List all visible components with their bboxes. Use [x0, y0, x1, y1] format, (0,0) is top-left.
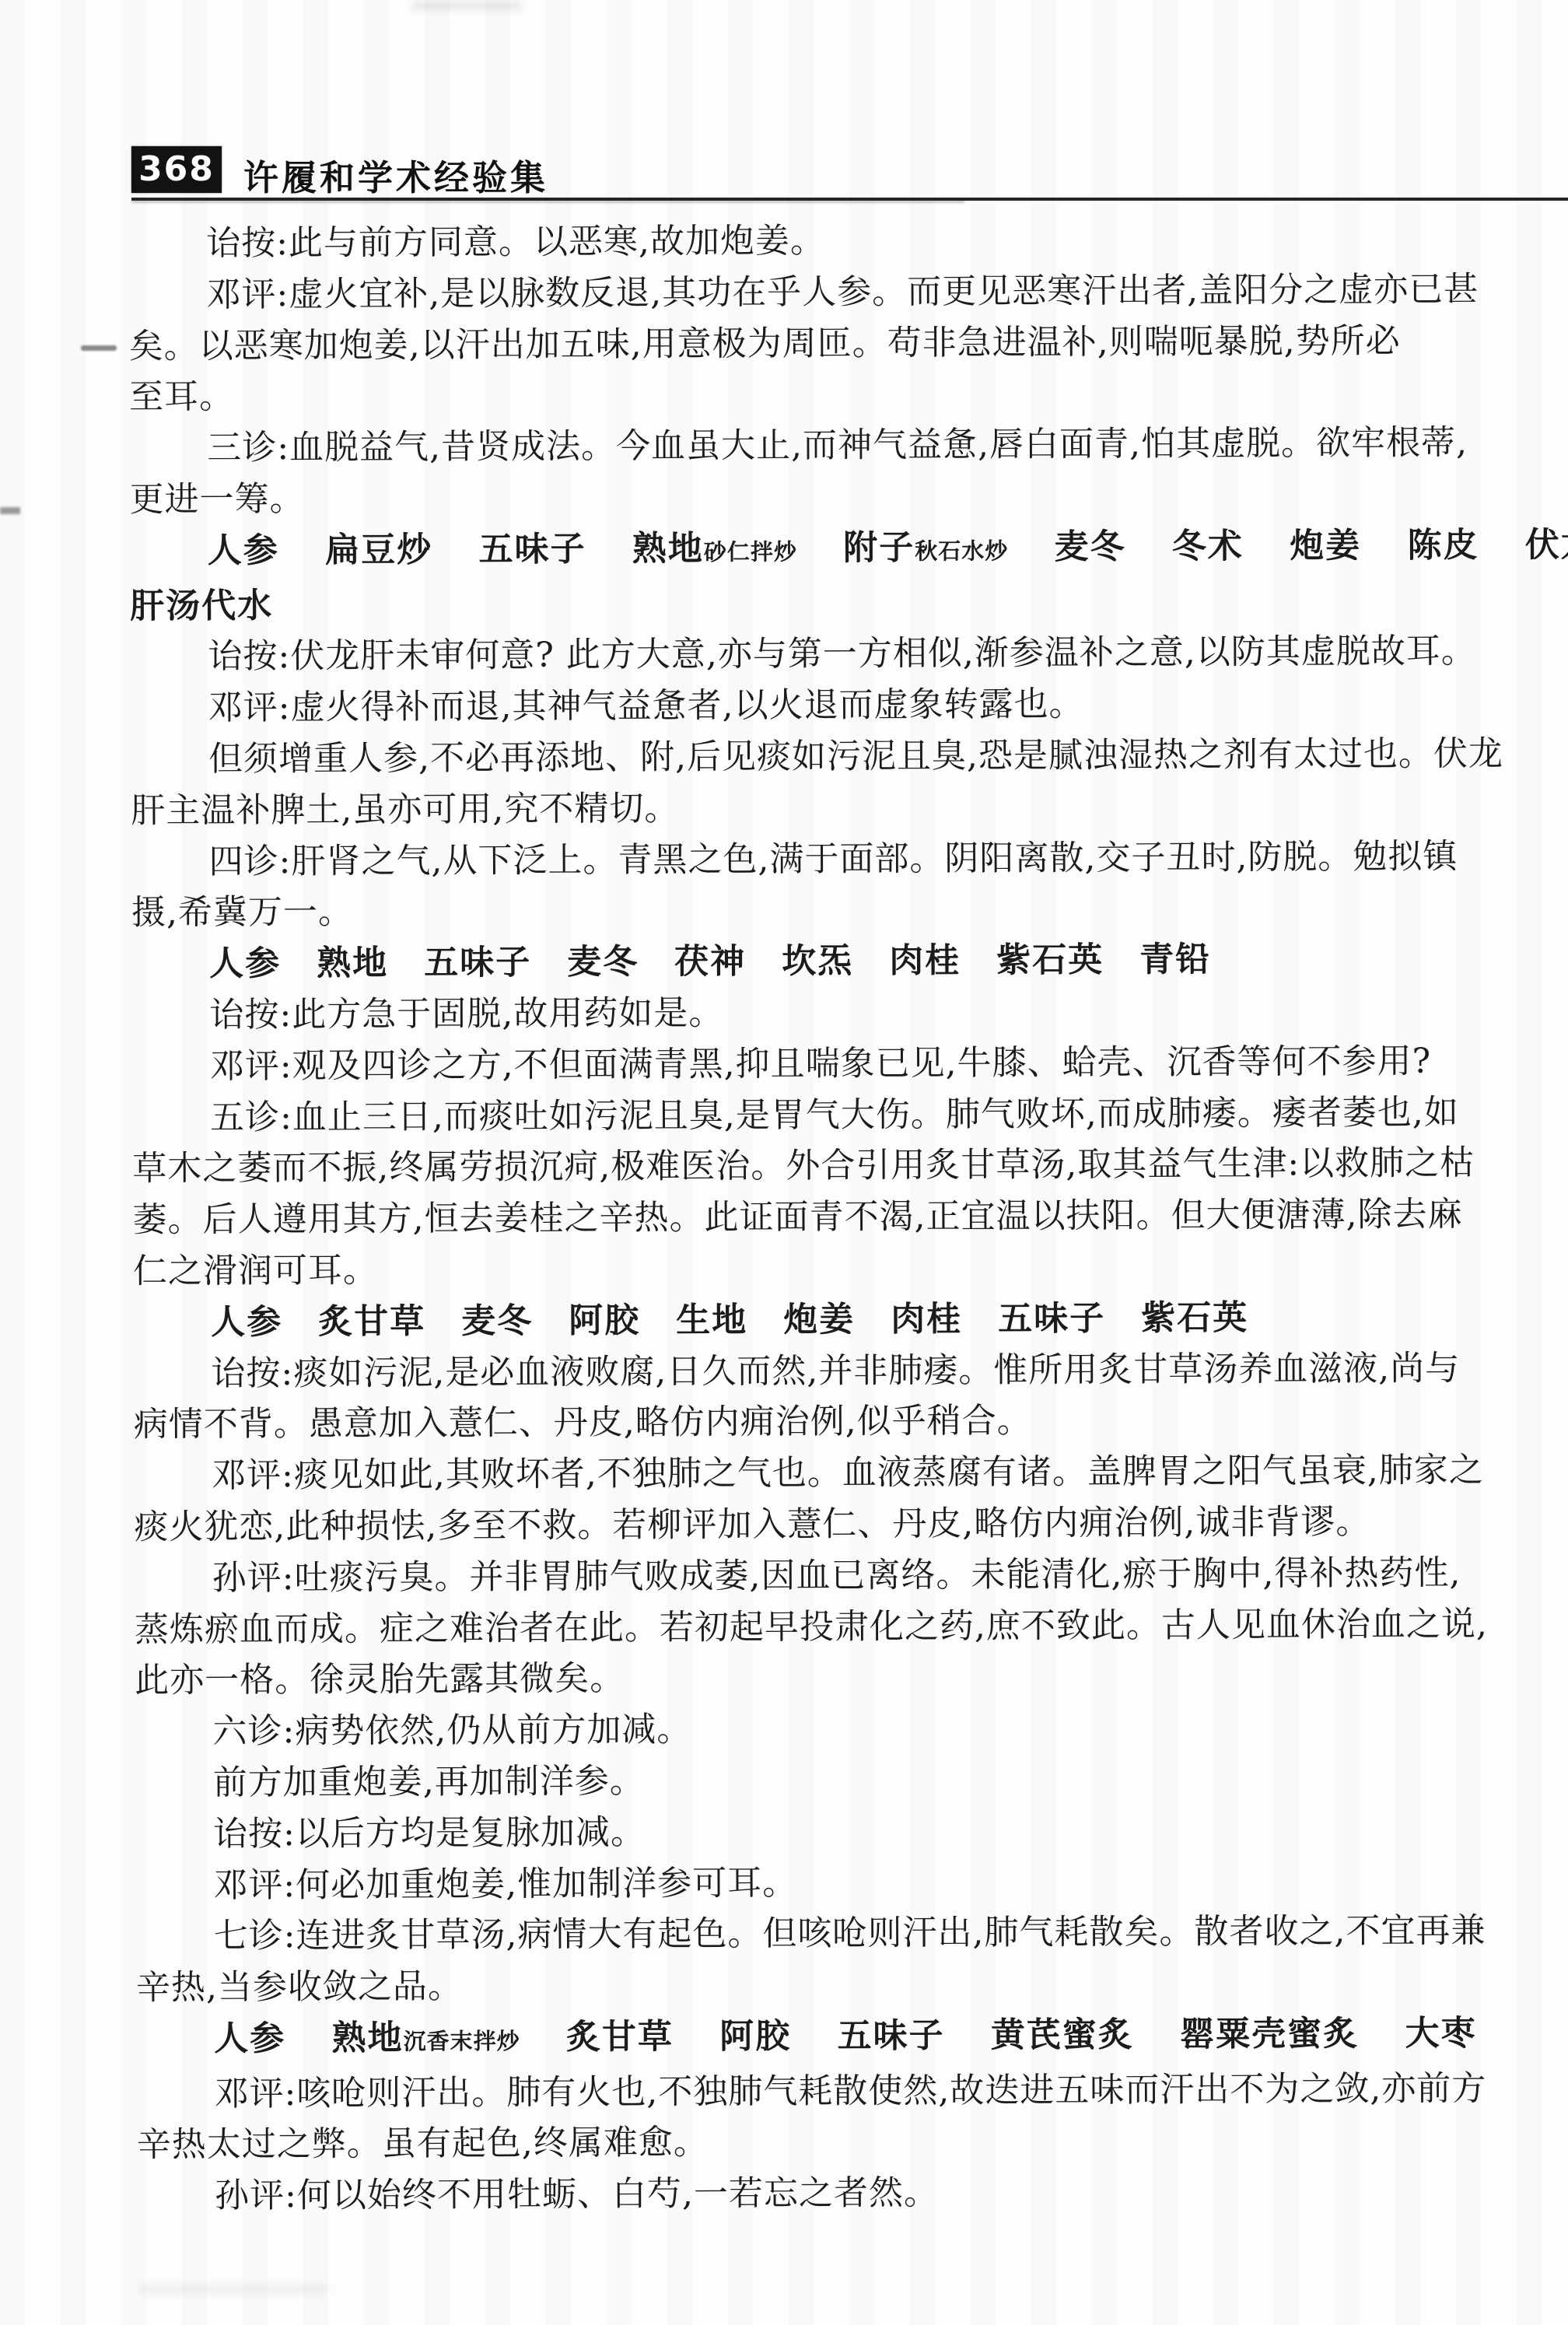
drug-preparation-note: 秋石水炒 — [915, 537, 1008, 565]
text-line: 辛热太过之弊。虽有起色,终属难愈。 — [137, 2114, 1545, 2172]
drug-name: 人参 — [214, 2019, 285, 2058]
text-line: 邓评:虚火得补而退,其神气益惫者,以火退而虚象转露也。 — [131, 677, 1538, 734]
drug-preparation-note: 砂仁拌炒 — [704, 538, 797, 565]
header-rule — [131, 198, 1568, 201]
drug-item: 麦冬 — [1054, 527, 1125, 566]
drug-name: 伏龙 — [1525, 525, 1568, 565]
drug-item: 五味子 — [478, 529, 586, 569]
page-body-text: 诒按:此与前方同意。以恶寒,故加炮姜。 邓评:虚火宜补,是以脉数反退,其功在乎人… — [128, 212, 1545, 2222]
drug-name: 冬术 — [1172, 527, 1244, 566]
text-line: 草木之萎而不振,终属劳损沉疴,极难医治。外合引用炙甘草汤,取其益气生津:以救肺之… — [132, 1137, 1540, 1195]
drug-item: 扁豆炒 — [325, 530, 432, 570]
book-title: 许履和学术经验集 — [243, 149, 548, 200]
drug-item: 黄芪蜜炙 — [991, 2015, 1134, 2055]
drug-name: 熟地 — [331, 2018, 403, 2057]
drug-name: 阿胶 — [719, 2016, 791, 2056]
prescription-line-continuation: 肝汤代水 — [130, 575, 1538, 632]
drug-name: 扁豆炒 — [325, 530, 432, 570]
text-line: 病情不背。愚意加入薏仁、丹皮,略仿内痈治例,似乎稍合。 — [134, 1393, 1542, 1451]
prescription-line: 人参 熟地沉香末拌炒 炙甘草 阿胶 五味子 黄芪蜜炙 罂粟壳蜜炙 大枣 — [136, 2008, 1544, 2069]
scan-smudge — [412, 0, 521, 11]
drug-item: 人参 — [208, 530, 279, 570]
text-line: 邓评:何必加重炮姜,惟加制洋参可耳。 — [135, 1854, 1543, 1912]
text-line: 邓评:咳呛则汗出。肺有火也,不独肺气耗散使然,故迭进五味而汗出不为之敛,亦前方 — [136, 2063, 1544, 2120]
text-line: 但须增重人参,不必再添地、附,后见痰如污泥且臭,恐是腻浊湿热之剂有太过也。伏龙 — [131, 728, 1538, 786]
text-line: 前方加重炮姜,再加制洋参。 — [135, 1752, 1543, 1809]
text-line: 邓评:痰见如此,其败坏者,不独肺之气也。血液蒸腐有诸。盖脾胃之阳气虽衰,肺家之 — [134, 1444, 1542, 1502]
drug-item: 五味子 — [837, 2015, 944, 2056]
drug-item: 附子秋石水炒 — [843, 527, 1008, 568]
drug-name: 五味子 — [837, 2015, 944, 2056]
text-line: 蒸炼瘀血而成。症之难治者在此。若初起早投肃化之药,庶不致此。古人见血休治血之说, — [135, 1598, 1542, 1656]
prescription-line: 人参 熟地 五味子 麦冬 茯神 坎炁 肉桂 紫石英 青铅 — [131, 933, 1539, 990]
text-line: 辛热,当参收敛之品。 — [136, 1956, 1544, 2014]
prescription-line: 人参 扁豆炒 五味子 熟地砂仁拌炒 附子秋石水炒 麦冬 冬术 炮姜 陈皮 伏龙 — [130, 520, 1538, 581]
prescription-line: 人参 炙甘草 麦冬 阿胶 生地 炮姜 肉桂 五味子 紫石英 — [133, 1291, 1541, 1349]
text-line: 仁之滑润可耳。 — [133, 1240, 1541, 1297]
text-line: 孙评:何以始终不用牡蛎、白芍,一若忘之者然。 — [137, 2165, 1545, 2222]
drug-name: 麦冬 — [1054, 527, 1125, 566]
drug-item: 熟地砂仁拌炒 — [632, 528, 797, 569]
text-line: 肝主温补脾土,虽亦可用,究不精切。 — [131, 779, 1538, 837]
text-line: 七诊:连进炙甘草汤,病情大有起色。但咳呛则汗出,肺气耗散矣。散者收之,不宜再兼 — [135, 1905, 1543, 1963]
page-header: 368 许履和学术经验集 — [131, 143, 1568, 198]
text-line: 此亦一格。徐灵胎先露其微矣。 — [135, 1649, 1542, 1707]
text-line: 四诊:肝肾之气,从下泛上。青黑之色,满于面部。阴阳离散,交子丑时,防脱。勉拟镇 — [131, 831, 1538, 888]
text-line: 萎。后人遵用其方,恒去姜桂之辛热。此证面青不渴,正宜温以扶阳。但大便溏薄,除去麻 — [132, 1189, 1540, 1246]
text-line: 矣。以恶寒加炮姜,以汗出加五味,用意极为周匝。苟非急进温补,则喘呃暴脱,势所必 — [129, 315, 1537, 373]
drug-name: 黄芪蜜炙 — [991, 2015, 1134, 2055]
text-line: 孙评:吐痰污臭。并非胃肺气败成萎,因血已离络。未能清化,瘀于胸中,得补热药性, — [134, 1547, 1542, 1605]
text-line: 诒按:痰如污泥,是必血液败腐,日久而然,并非肺痿。惟所用炙甘草汤养血滋液,尚与 — [133, 1343, 1541, 1400]
drug-item: 大枣 — [1405, 2013, 1476, 2053]
drug-name: 附子 — [843, 527, 915, 567]
drug-preparation-note: 沉香末拌炒 — [403, 2028, 520, 2055]
scan-speck — [0, 507, 20, 514]
drug-item: 人参 — [214, 2019, 285, 2058]
drug-item: 冬术 — [1172, 527, 1244, 566]
drug-name: 陈皮 — [1407, 525, 1479, 565]
text-line: 邓评:观及四诊之方,不但面满青黑,抑且喘象已见,牛膝、蛤壳、沉香等何不参用? — [132, 1035, 1540, 1093]
text-line: 五诊:血止三日,而痰吐如污泥且臭,是胃气大伤。肺气败坏,而成肺痿。痿者萎也,如 — [132, 1087, 1540, 1144]
drug-item: 炙甘草 — [566, 2017, 674, 2057]
text-line: 摄,希冀万一。 — [131, 881, 1539, 939]
drug-name: 大枣 — [1405, 2013, 1476, 2053]
text-line: 痰火犹恋,此种损怯,多至不救。若柳评加入薏仁、丹皮,略仿内痈治例,诚非背谬。 — [134, 1496, 1542, 1553]
page-number-badge: 368 — [131, 146, 222, 193]
page-number: 368 — [138, 149, 215, 189]
text-line: 诒按:以后方均是复脉加减。 — [135, 1803, 1543, 1861]
drug-item: 阿胶 — [719, 2016, 791, 2056]
text-line: 诒按:伏龙肝未审何意? 此方大意,亦与第一方相似,渐参温补之意,以防其虚脱故耳。 — [130, 625, 1538, 683]
text-line: 三诊:血脱益气,昔贤成法。今血虽大止,而神气益惫,唇白面青,怕其虚脱。欲牢根蒂, — [129, 417, 1537, 474]
drug-name: 熟地 — [632, 529, 704, 569]
scan-smudge — [140, 2284, 327, 2295]
drug-item: 伏龙 — [1525, 525, 1568, 565]
text-line: 六诊:病势依然,仍从前方加减。 — [135, 1700, 1542, 1758]
text-line: 更进一筹。 — [129, 468, 1537, 526]
scan-speck — [81, 345, 117, 351]
text-line: 邓评:虚火宜补,是以脉数反退,其功在乎人参。而更见恶寒汗出者,盖阳分之虚亦已甚 — [128, 264, 1536, 321]
drug-name: 罂粟壳蜜炙 — [1180, 2014, 1359, 2054]
drug-name: 五味子 — [478, 529, 586, 569]
text-line: 诒按:此与前方同意。以恶寒,故加炮姜。 — [128, 212, 1536, 270]
text-line: 诒按:此方急于固脱,故用药如是。 — [131, 984, 1539, 1042]
drug-name: 炙甘草 — [566, 2017, 674, 2057]
drug-item: 陈皮 — [1407, 525, 1479, 565]
drug-item: 熟地沉香末拌炒 — [331, 2018, 520, 2058]
scanned-book-page: 368 许履和学术经验集 诒按:此与前方同意。以恶寒,故加炮姜。 邓评:虚火宜补… — [0, 0, 1568, 2325]
text-line: 至耳。 — [129, 366, 1537, 423]
drug-name: 人参 — [208, 530, 279, 570]
drug-name: 炮姜 — [1290, 526, 1361, 565]
drug-item: 罂粟壳蜜炙 — [1180, 2014, 1359, 2054]
drug-item: 炮姜 — [1290, 526, 1361, 565]
